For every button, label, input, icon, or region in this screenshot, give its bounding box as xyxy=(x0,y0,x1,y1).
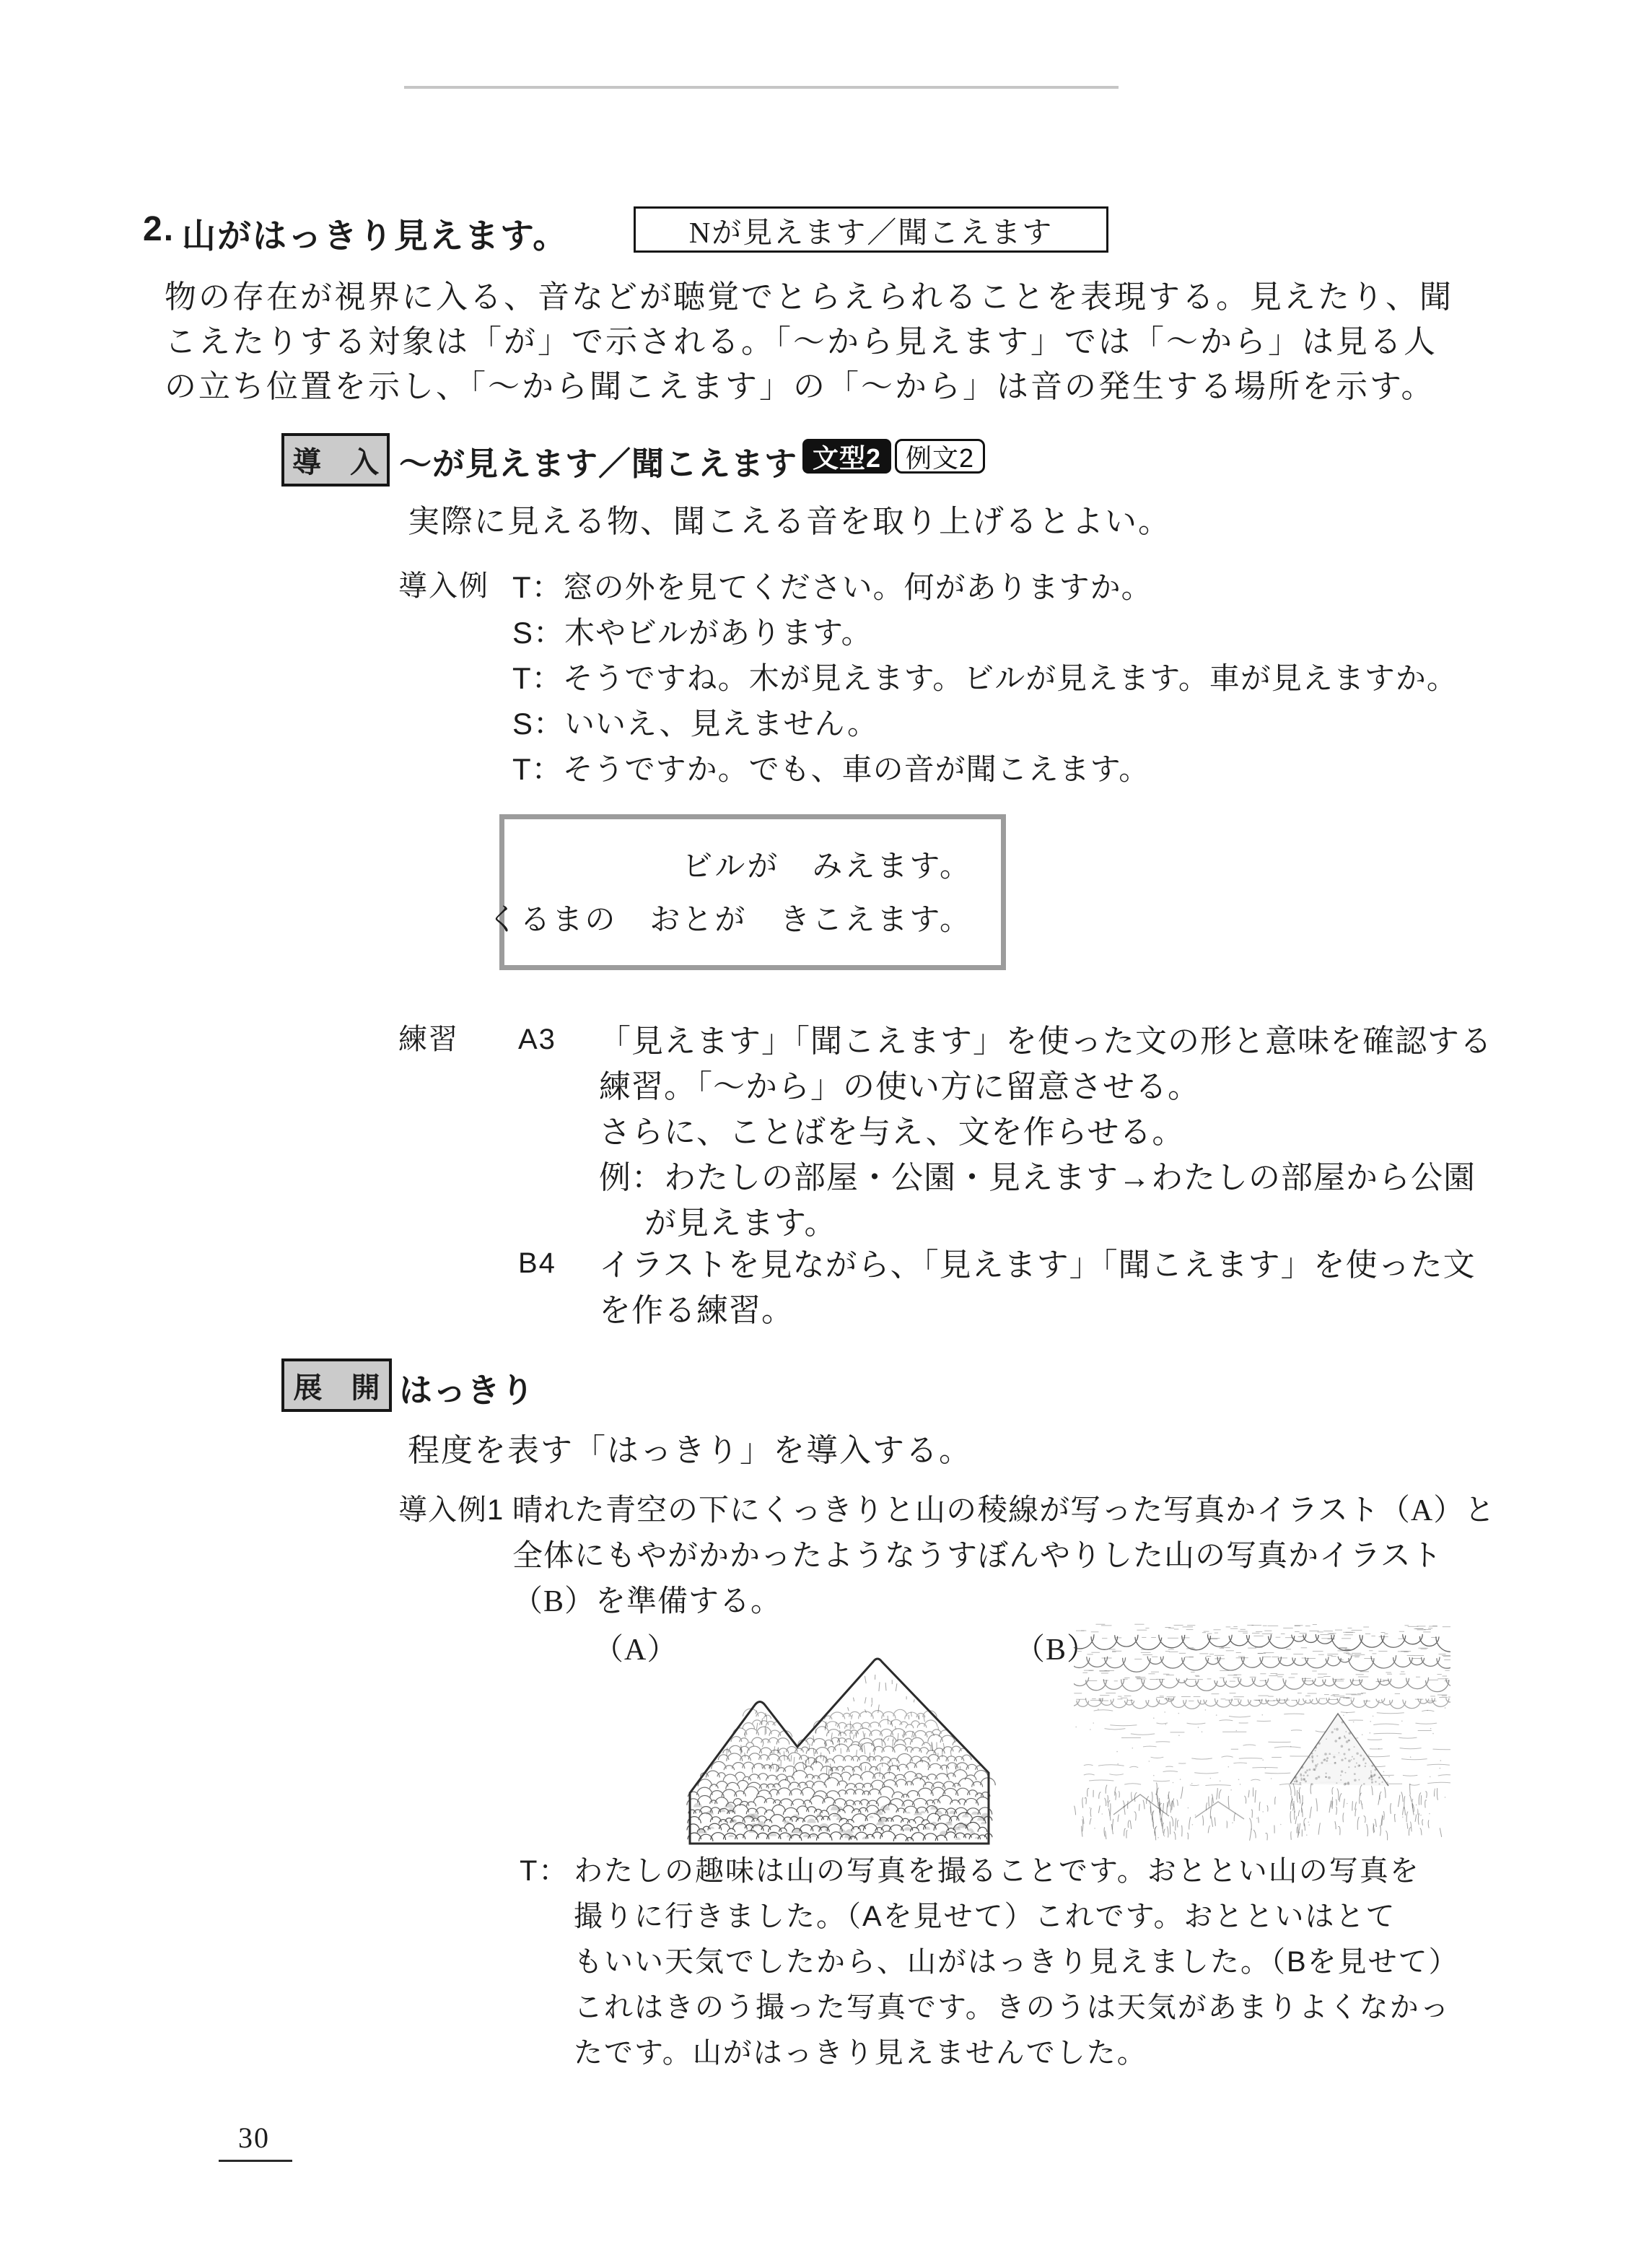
dialogue-line: S：木やビルがあります。 xyxy=(512,615,872,651)
practice-b4-line: イラストを見ながら、「見えます」「聞こえます」を使った文 xyxy=(599,1247,1476,1284)
teacher-speech-line: わたしの趣味は山の写真を撮ることです。おととい山の写真を xyxy=(574,1854,1420,1888)
development-label-box: 展 開 xyxy=(281,1358,392,1412)
figure-a-label: （A） xyxy=(593,1626,678,1669)
development-example-line: 全体にもやがかかったようなうすぼんやりした山の写真かイラスト xyxy=(512,1539,1443,1575)
teacher-speech-line: 撮りに行きました。（Aを見せて）これです。おとといはとて xyxy=(574,1900,1396,1934)
page-fold-line xyxy=(404,86,1119,89)
intro-note: 実際に見える物、聞こえる音を取り上げるとよい。 xyxy=(408,503,1171,541)
practice-b4-line: を作る練習。 xyxy=(599,1292,794,1330)
teacher-speech-line: もいい天気でしたから、山がはっきり見えました。（Bを見せて） xyxy=(574,1945,1459,1979)
practice-item-id-b4: B4 xyxy=(518,1247,556,1281)
development-note: 程度を表す「はっきり」を導入する。 xyxy=(408,1432,972,1470)
dialogue-line: T：そうですか。でも、車の音が聞こえます。 xyxy=(512,751,1150,788)
dialogue-line: T：窓の外を見てください。何がありますか。 xyxy=(512,570,1152,606)
practice-a3-line: 練習。「〜から」の使い方に留意させる。 xyxy=(599,1068,1200,1106)
example-sentence-badge: 例文2 xyxy=(895,439,985,474)
intro-label-box: 導 入 xyxy=(281,433,390,487)
practice-a3-line: が見えます。 xyxy=(644,1205,836,1242)
teacher-speech-line: これはきのう撮った写真です。きのうは天気があまりよくなかっ xyxy=(574,1991,1450,2025)
teacher-speaker: T： xyxy=(520,1854,569,1888)
sentence-pattern-badge: 文型2 xyxy=(802,439,891,474)
grammar-pattern-box: Nが見えます／聞こえます xyxy=(634,206,1108,253)
page-number-rule xyxy=(219,2160,292,2162)
development-example-line: 晴れた青空の下にくっきりと山の稜線が写った写真かイラスト（A）と xyxy=(512,1493,1495,1530)
intro-paragraph-line: の立ち位置を示し、「〜から聞こえます」の「〜から」は音の発生する場所を示す。 xyxy=(165,368,1435,406)
dialogue-line: S：いいえ、見えません。 xyxy=(512,706,878,742)
clear-mountain-illustration xyxy=(686,1652,1002,1848)
development-example-line: （B）を準備する。 xyxy=(512,1584,782,1621)
practice-label: 練習 xyxy=(398,1023,459,1057)
development-heading: はっきり xyxy=(399,1364,535,1412)
practice-a3-line: さらに、ことばを与え、文を作らせる。 xyxy=(599,1114,1184,1151)
page-number: 30 xyxy=(238,2121,270,2155)
intro-heading: 〜が見えます／聞こえます xyxy=(399,437,797,484)
development-example-label: 導入例1 xyxy=(398,1493,504,1527)
practice-a3-line: 例：わたしの部屋・公園・見えます→わたしの部屋から公園 xyxy=(599,1159,1476,1197)
teacher-speech-line: たです。山がはっきり見えませんでした。 xyxy=(574,2036,1147,2070)
intro-paragraph-line: 物の存在が視界に入る、音などが聴覚でとらえられることを表現する。見えたり、聞 xyxy=(165,279,1453,316)
book-page: 2. 山がはっきり見えます。 Nが見えます／聞こえます 物の存在が視界に入る、音… xyxy=(0,0,1628,2268)
dialogue-line: T：そうですね。木が見えます。ビルが見えます。車が見えますか。 xyxy=(512,660,1458,697)
practice-item-id-a3: A3 xyxy=(518,1023,556,1057)
board-example-line: くるまの おとが きこえます。 xyxy=(487,896,972,939)
practice-a3-line: 「見えます」「聞こえます」を使った文の形と意味を確認する xyxy=(599,1023,1492,1060)
page-title: 山がはっきり見えます。 xyxy=(182,209,568,258)
hazy-mountain-illustration xyxy=(1074,1621,1450,1846)
section-number: 2. xyxy=(143,209,175,249)
intro-paragraph-line: こえたりする対象は「が」で示される。「〜から見えます」では「〜から」は見る人 xyxy=(165,323,1437,361)
board-example-line: ビルが みえます。 xyxy=(682,842,972,886)
dialogue-example-label: 導入例 xyxy=(398,570,489,603)
board-example-box: ビルが みえます。 くるまの おとが きこえます。 xyxy=(499,814,1006,970)
